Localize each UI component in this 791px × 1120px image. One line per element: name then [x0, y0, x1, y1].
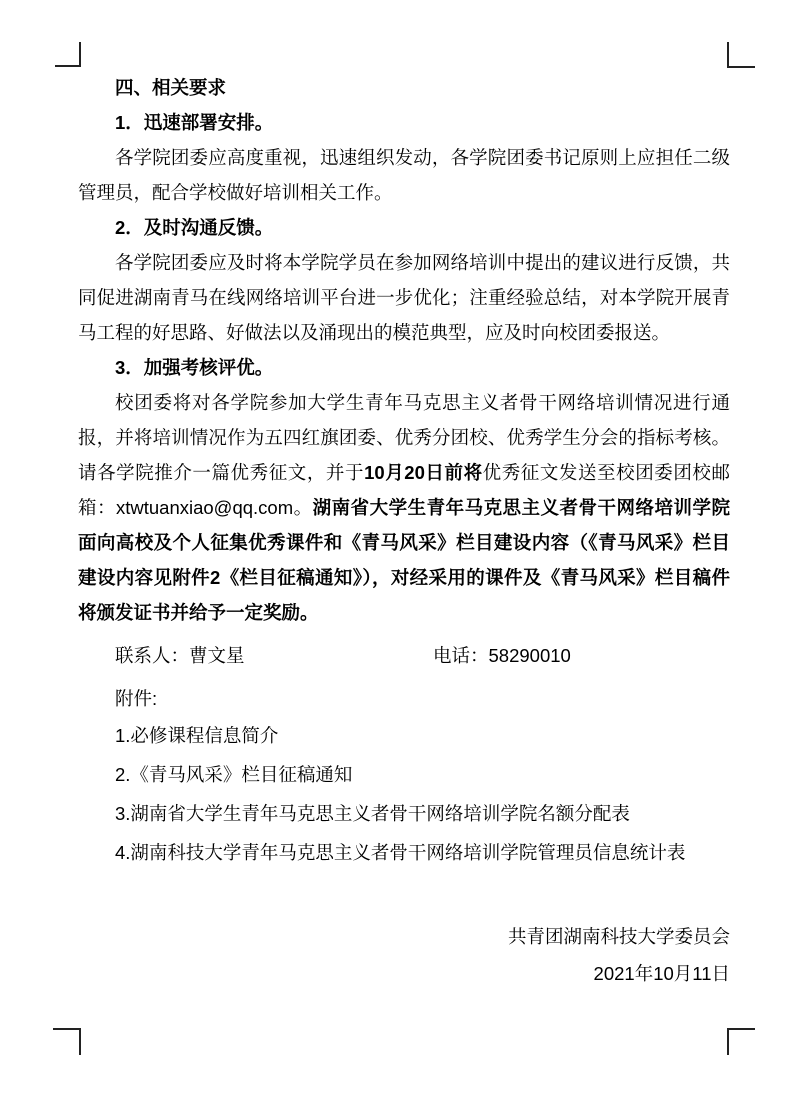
subsection-3-heading: 3．加强考核评优。: [78, 350, 730, 385]
subsection-2-heading: 2．及时沟通反馈。: [78, 210, 730, 245]
attachments-label: 附件:: [78, 681, 730, 716]
crop-mark-bottom-left-icon: [53, 1028, 81, 1055]
attachment-item-3: 3.湖南省大学生青年马克思主义者骨干网络培训学院名额分配表: [78, 794, 730, 833]
attachment-item-1: 1.必修课程信息简介: [78, 716, 730, 755]
subsection-1-heading: 1．迅速部署安排。: [78, 105, 730, 140]
subsection-3-paragraph: 校团委将对各学院参加大学生青年马克思主义者骨干网络培训情况进行通报，并将培训情况…: [78, 385, 730, 630]
crop-mark-top-right-icon: [727, 42, 755, 68]
subsection-1-paragraph: 各学院团委应高度重视，迅速组织发动，各学院团委书记原则上应担任二级管理员，配合学…: [78, 140, 730, 210]
document-body: 四、相关要求 1．迅速部署安排。 各学院团委应高度重视，迅速组织发动，各学院团委…: [78, 70, 730, 992]
contact-phone: 电话：58290010: [433, 638, 571, 673]
contact-person: 联系人：曹文星: [115, 645, 245, 666]
signature-block: 共青团湖南科技大学委员会 2021年10月11日: [78, 918, 730, 992]
section-heading: 四、相关要求: [78, 70, 730, 105]
attachment-item-4: 4.湖南科技大学青年马克思主义者骨干网络培训学院管理员信息统计表: [78, 833, 730, 872]
crop-mark-bottom-right-icon: [727, 1028, 755, 1055]
subsection-2-paragraph: 各学院团委应及时将本学院学员在参加网络培训中提出的建议进行反馈，共同促进湖南青马…: [78, 245, 730, 350]
crop-mark-top-left-icon: [55, 42, 81, 67]
signature-organization: 共青团湖南科技大学委员会: [78, 918, 730, 955]
contact-line: 联系人：曹文星 电话：58290010: [78, 638, 730, 673]
attachment-item-2: 2.《青马风采》栏目征稿通知: [78, 755, 730, 794]
signature-date: 2021年10月11日: [78, 955, 730, 992]
document-page: 四、相关要求 1．迅速部署安排。 各学院团委应高度重视，迅速组织发动，各学院团委…: [0, 0, 791, 1120]
